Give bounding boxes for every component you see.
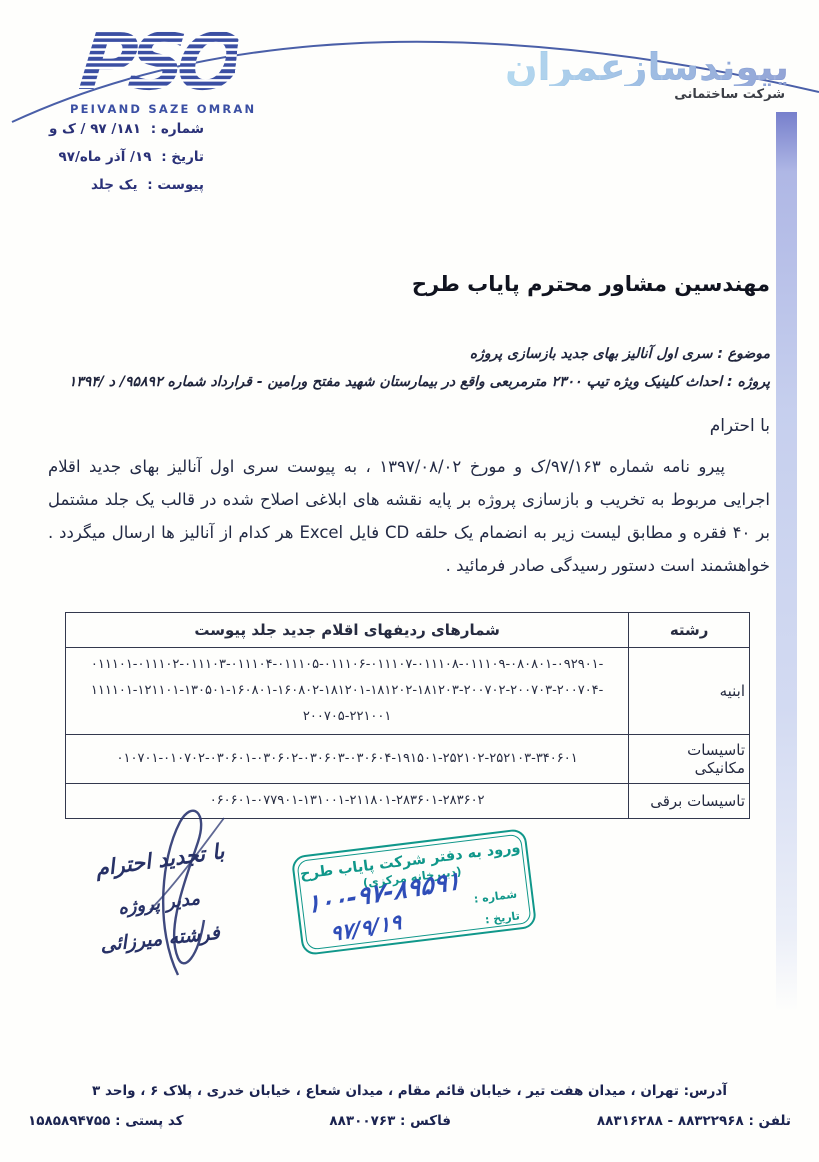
letter-attachment-row: پیوست : یک جلد: [22, 176, 204, 195]
scan-edge-strip: [776, 112, 797, 1012]
pso-logo-mark: PSO: [76, 26, 239, 100]
table-row: ابنیه ۰۱۱۱۰۱-۰۱۱۱۰۲-۰۱۱۱۰۳-۰۱۱۱۰۴-۰۱۱۱۰۵…: [66, 648, 750, 735]
table-header-row: رشته شمارهای ردیفهای اقلام جدید جلد پیوس…: [66, 613, 750, 648]
salutation: با احترام: [710, 416, 770, 436]
footer-phone: تلفن : ۸۸۳۲۲۹۶۸ - ۸۸۳۱۶۲۸۸: [597, 1113, 791, 1129]
letter-number-value: ۱۸۱/ ۹۷ / ک و: [49, 121, 141, 137]
letter-attachment-value: یک جلد: [91, 177, 138, 193]
field-cell-electrical: تاسیسات برقی: [629, 784, 750, 819]
subject-line: موضوع : سری اول آنالیز بهای جدید بازسازی…: [470, 346, 770, 362]
footer-postal-code: کد پستی : ۱۵۸۵۸۹۴۷۵۵: [28, 1113, 184, 1129]
item-numbers-line: ۰۱۰۷۰۱-۰۱۰۷۰۲-۰۳۰۶۰۱-۰۳۰۶۰۲-۰۳۰۶۰۳-۰۳۰۶۰…: [68, 746, 626, 772]
letter-number-row: شماره : ۱۸۱/ ۹۷ / ک و: [22, 120, 204, 139]
letter-body-paragraph: پیرو نامه شماره ۹۷/۱۶۳/ک و مورخ ۱۳۹۷/۰۸/…: [48, 450, 770, 582]
pso-logo: PSO PEIVAND SAZE OMRAN: [70, 26, 245, 116]
field-cell-abnieh: ابنیه: [629, 648, 750, 735]
item-numbers-line: ۱۱۱۱۰۱-۱۲۱۱۰۱-۱۳۰۵۰۱-۱۶۰۸۰۱-۱۶۰۸۰۲-۱۸۱۲۰…: [68, 678, 626, 704]
stamp-number-label: شماره :: [473, 888, 518, 906]
table-row: تاسیسات مکانیکی ۰۱۰۷۰۱-۰۱۰۷۰۲-۰۳۰۶۰۱-۰۳۰…: [66, 735, 750, 784]
letter-date-label: تاریخ :: [161, 149, 204, 165]
company-logo-farsi-mark: پیوندسازعمران: [505, 48, 789, 86]
stamp-date-label: تاریخ :: [484, 909, 520, 926]
letter-date-row: تاریخ : ۱۹/ آذر ماه/۹۷: [22, 148, 204, 167]
attachment-items-table: رشته شمارهای ردیفهای اقلام جدید جلد پیوس…: [65, 612, 750, 819]
recipient-title: مهندسین مشاور محترم پایاب طرح: [412, 272, 770, 296]
company-logo-farsi: پیوندسازعمران شرکت ساختمانی: [609, 48, 789, 102]
footer-address: آدرس: تهران ، میدان هفت تیر ، خیابان قائ…: [0, 1083, 819, 1099]
letter-date-value: ۱۹/ آذر ماه/۹۷: [59, 149, 152, 165]
letter-attachment-label: پیوست :: [147, 177, 204, 193]
field-column-header: رشته: [629, 613, 750, 648]
footer-contacts: تلفن : ۸۸۳۲۲۹۶۸ - ۸۸۳۱۶۲۸۸ فاکس : ۸۸۳۰۰۷…: [0, 1113, 819, 1129]
footer-fax: فاکس : ۸۸۳۰۰۷۶۳: [329, 1113, 451, 1129]
letter-meta-block: شماره : ۱۸۱/ ۹۷ / ک و تاریخ : ۱۹/ آذر ما…: [22, 120, 204, 204]
project-line: پروژه : احداث کلینیک ویژه تیپ ۲۳۰۰ مترمر…: [69, 374, 770, 390]
company-logo-farsi-caption: شرکت ساختمانی: [609, 87, 789, 102]
item-numbers-line: ۰۱۱۱۰۱-۰۱۱۱۰۲-۰۱۱۱۰۳-۰۱۱۱۰۴-۰۱۱۱۰۵-۰۱۱۱۰…: [68, 652, 626, 678]
item-numbers-line: ۲۰۰۷۰۵-۲۲۱۰۰۱: [68, 704, 626, 730]
letter-number-label: شماره :: [151, 121, 204, 137]
scanned-letter-page: PSO PEIVAND SAZE OMRAN پیوندسازعمران شرک…: [0, 0, 819, 1162]
numbers-cell-mechanical: ۰۱۰۷۰۱-۰۱۰۷۰۲-۰۳۰۶۰۱-۰۳۰۶۰۲-۰۳۰۶۰۳-۰۳۰۶۰…: [66, 735, 629, 784]
field-cell-mechanical: تاسیسات مکانیکی: [629, 735, 750, 784]
numbers-cell-abnieh: ۰۱۱۱۰۱-۰۱۱۱۰۲-۰۱۱۱۰۳-۰۱۱۱۰۴-۰۱۱۱۰۵-۰۱۱۱۰…: [66, 648, 629, 735]
numbers-column-header: شمارهای ردیفهای اقلام جدید جلد پیوست: [66, 613, 629, 648]
